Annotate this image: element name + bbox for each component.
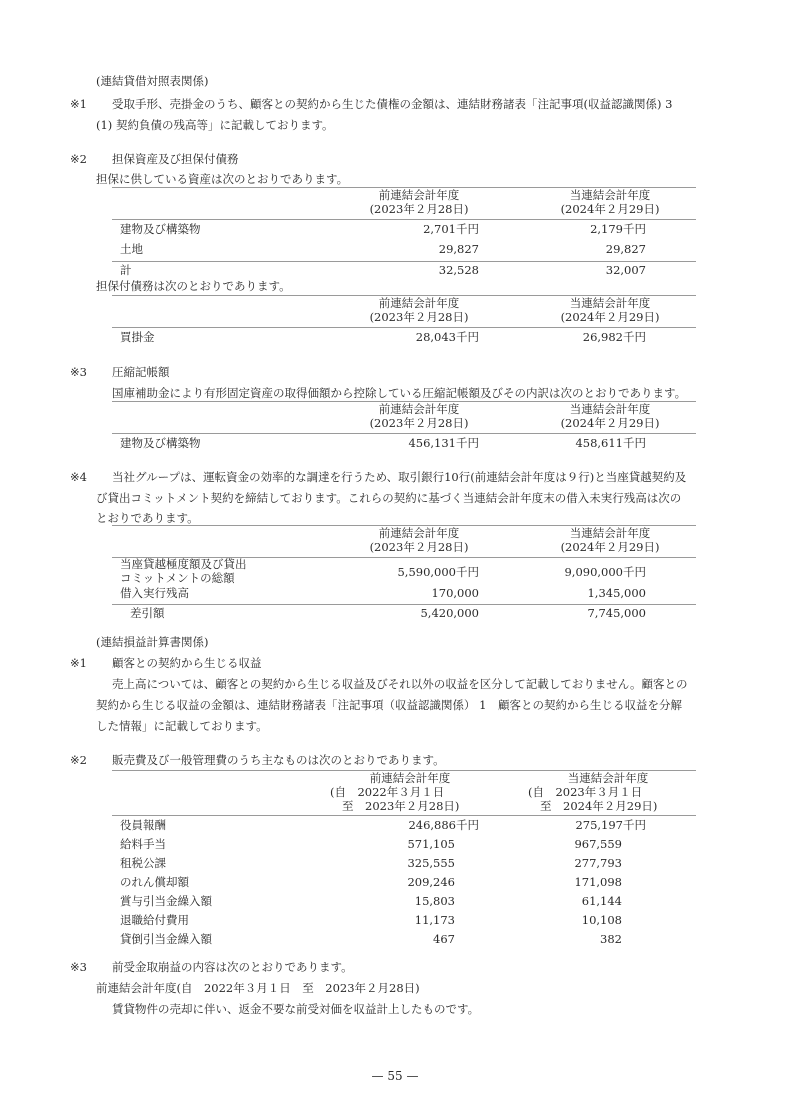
col-header-cur: 当連結会計年度 (2024年２月29日) <box>535 189 685 217</box>
col-header-prev: 前連結会計年度 (2023年２月28日) <box>344 297 494 325</box>
table-row-prev: 29,827 <box>337 241 479 258</box>
pledged-assets-table: 前連結会計年度 (2023年２月28日) 当連結会計年度 (2024年２月29日… <box>112 187 696 277</box>
table-row-total-cur: 32,007 <box>516 262 646 279</box>
is-note2-title: 販売費及び一般管理費のうち主なものは次のとおりであります。 <box>112 752 445 769</box>
table-row-label: 退職給付費用 <box>120 912 189 929</box>
table-row-prev: 325,555 <box>337 855 479 872</box>
is-note1-line3: した情報」に記載しております。 <box>96 718 268 735</box>
income-statement-section-heading: (連結損益計算書関係) <box>96 634 208 651</box>
table-row-prev: 467 <box>337 931 479 948</box>
col-header-cur: 当連結会計年度 (2024年２月29日) <box>535 527 685 555</box>
bs-note3-title: 圧縮記帳額 <box>112 364 170 381</box>
table-row-prev: 170,000 <box>337 585 479 602</box>
reduction-entry-table: 前連結会計年度 (2023年２月28日) 当連結会計年度 (2024年２月29日… <box>112 401 696 451</box>
table-row-prev: 11,173 <box>337 912 479 929</box>
table-row-label: 役員報酬 <box>120 817 166 834</box>
is-note3-title: 前受金取崩益の内容は次のとおりであります。 <box>112 959 353 976</box>
table-row-total-label: 差引額 <box>130 605 165 622</box>
is-note3-description: 賃貸物件の売却に伴い、返金不要な前受対価を収益計上したものです。 <box>112 1001 479 1018</box>
col-header-prev: 前連結会計年度 (2023年２月28日) <box>344 189 494 217</box>
table-row-prev: 209,246 <box>337 874 479 891</box>
table-row-cur: 275,197千円 <box>516 817 646 834</box>
col-header-prev: 前連結会計年度 (2023年２月28日) <box>344 527 494 555</box>
is-note1-line1: 売上高については、顧客との契約から生じる収益及びそれ以外の収益を区分して記載して… <box>112 676 687 693</box>
col-header-prev-date: (2023年２月28日) <box>344 417 494 431</box>
page-number: — 55 — <box>0 1067 790 1085</box>
secured-liabilities-table: 前連結会計年度 (2023年２月28日) 当連結会計年度 (2024年２月29日… <box>112 295 696 345</box>
table-row-cur: 9,090,000千円 <box>516 564 646 581</box>
col-header-prev: 前連結会計年度 (2023年２月28日) <box>344 403 494 431</box>
col-header-cur-title: 当連結会計年度 <box>535 527 685 541</box>
table-row-cur: 277,793 <box>516 855 646 872</box>
col-header-cur-to: 至 2024年２月29日) <box>528 800 688 814</box>
col-header-prev-to: 至 2023年２月28日) <box>330 800 490 814</box>
table-row-total-cur: 7,745,000 <box>516 605 646 622</box>
sga-expenses-table: 前連結会計年度 (自 2022年３月１日 至 2023年２月28日) 当連結会計… <box>112 770 696 940</box>
col-header-prev-date: (2023年２月28日) <box>344 203 494 217</box>
table-row-prev: 28,043千円 <box>337 329 479 346</box>
is-note1-line2: 契約から生じる収益の金額は、連結財務諸表「注記事項（収益認識関係） 1 顧客との… <box>96 697 682 714</box>
table-rule-header <box>112 219 696 220</box>
col-header-cur-from: (自 2023年３月１日 <box>528 786 688 800</box>
bs-note2-title: 担保資産及び担保付債務 <box>112 151 239 168</box>
col-header-cur: 当連結会計年度 (自 2023年３月１日 至 2024年２月29日) <box>528 772 688 813</box>
table-row-cur: 171,098 <box>516 874 646 891</box>
col-header-cur-title: 当連結会計年度 <box>535 189 685 203</box>
table-row-prev: 571,105 <box>337 836 479 853</box>
col-header-prev-date: (2023年２月28日) <box>344 311 494 325</box>
table-row-label: 賞与引当金繰入額 <box>120 893 212 910</box>
table-row-label: 給料手当 <box>120 836 166 853</box>
col-header-prev-title: 前連結会計年度 <box>344 297 494 311</box>
col-header-cur-date: (2024年２月29日) <box>535 417 685 431</box>
table-row-prev: 5,590,000千円 <box>337 564 479 581</box>
table-row-label: 貸倒引当金繰入額 <box>120 931 212 948</box>
table-row-cur: 26,982千円 <box>516 329 646 346</box>
table-row-cur: 29,827 <box>516 241 646 258</box>
is-note2-mark: ※2 <box>70 752 87 769</box>
col-header-cur-title: 当連結会計年度 <box>535 297 685 311</box>
bs-note4-line1: 当社グループは、運転資金の効率的な調達を行うため、取引銀行10行(前連結会計年度… <box>112 469 686 486</box>
table-row-label: 土地 <box>120 241 143 258</box>
col-header-cur-title: 当連結会計年度 <box>535 403 685 417</box>
table-row-cur: 458,611千円 <box>516 435 646 452</box>
col-header-prev-date: (2023年２月28日) <box>344 541 494 555</box>
bs-note1-line2: (1) 契約負債の残高等」に記載しております。 <box>96 117 334 134</box>
table-row-cur: 2,179千円 <box>516 221 646 238</box>
is-note3-mark: ※3 <box>70 959 87 976</box>
col-header-cur: 当連結会計年度 (2024年２月29日) <box>535 403 685 431</box>
table-row-prev: 15,803 <box>337 893 479 910</box>
table-row-label: 買掛金 <box>120 329 155 346</box>
table-row-label-line1: 当座貸越極度額及び貸出 <box>120 558 247 572</box>
bs-note4-mark: ※4 <box>70 469 87 486</box>
credit-facility-table: 前連結会計年度 (2023年２月28日) 当連結会計年度 (2024年２月29日… <box>112 525 696 625</box>
table-row-prev: 246,886千円 <box>337 817 479 834</box>
bs-note3-intro: 国庫補助金により有形固定資産の取得価額から控除している圧縮記帳額及びその内訳は次… <box>112 385 686 402</box>
table-row-cur: 61,144 <box>516 893 646 910</box>
is-note3-period: 前連結会計年度(自 2022年３月１日 至 2023年２月28日) <box>96 980 420 997</box>
table-rule-header <box>112 815 696 816</box>
table-row-total-prev: 32,528 <box>337 262 479 279</box>
table-row-prev: 456,131千円 <box>337 435 479 452</box>
table-rule-header <box>112 433 696 434</box>
bs-note2-mark: ※2 <box>70 151 87 168</box>
table-row-total-label: 計 <box>120 262 132 279</box>
table-row-cur: 10,108 <box>516 912 646 929</box>
table-row-label: 建物及び構築物 <box>120 435 201 452</box>
table-row-prev: 2,701千円 <box>337 221 479 238</box>
is-note1-mark: ※1 <box>70 655 87 672</box>
balance-sheet-section-heading: (連結貸借対照表関係) <box>96 73 208 90</box>
table-row-cur: 1,345,000 <box>516 585 646 602</box>
bs-note4-line2: び貸出コミットメント契約を締結しております。これらの契約に基づく当連結会計年度末… <box>96 490 681 507</box>
table-row-label: 租税公課 <box>120 855 166 872</box>
table-row-cur: 382 <box>516 931 646 948</box>
col-header-prev-from: (自 2022年３月１日 <box>330 786 490 800</box>
table-row-label: 当座貸越極度額及び貸出 コミットメントの総額 <box>120 558 247 586</box>
is-note1-title: 顧客との契約から生じる収益 <box>112 655 262 672</box>
table-row-total-prev: 5,420,000 <box>337 605 479 622</box>
pledged-assets-intro: 担保に供している資産は次のとおりであります。 <box>96 171 348 188</box>
bs-note1-line1: 受取手形、売掛金のうち、顧客との契約から生じた債権の金額は、連結財務諸表「注記事… <box>112 96 672 113</box>
bs-note1-mark: ※1 <box>70 96 87 113</box>
col-header-cur-title: 当連結会計年度 <box>528 772 688 786</box>
col-header-cur-date: (2024年２月29日) <box>535 203 685 217</box>
col-header-cur: 当連結会計年度 (2024年２月29日) <box>535 297 685 325</box>
col-header-prev-title: 前連結会計年度 <box>344 403 494 417</box>
col-header-prev-title: 前連結会計年度 <box>344 527 494 541</box>
col-header-prev-title: 前連結会計年度 <box>330 772 490 786</box>
table-rule-header <box>112 327 696 328</box>
table-row-label: 借入実行残高 <box>120 585 189 602</box>
table-row-label-line2: コミットメントの総額 <box>120 572 247 586</box>
table-row-cur: 967,559 <box>516 836 646 853</box>
secured-liabilities-intro: 担保付債務は次のとおりであります。 <box>96 278 291 295</box>
col-header-cur-date: (2024年２月29日) <box>535 311 685 325</box>
col-header-prev: 前連結会計年度 (自 2022年３月１日 至 2023年２月28日) <box>330 772 490 813</box>
col-header-prev-title: 前連結会計年度 <box>344 189 494 203</box>
table-row-label: 建物及び構築物 <box>120 221 201 238</box>
bs-note3-mark: ※3 <box>70 364 87 381</box>
col-header-cur-date: (2024年２月29日) <box>535 541 685 555</box>
table-row-label: のれん償却額 <box>120 874 189 891</box>
